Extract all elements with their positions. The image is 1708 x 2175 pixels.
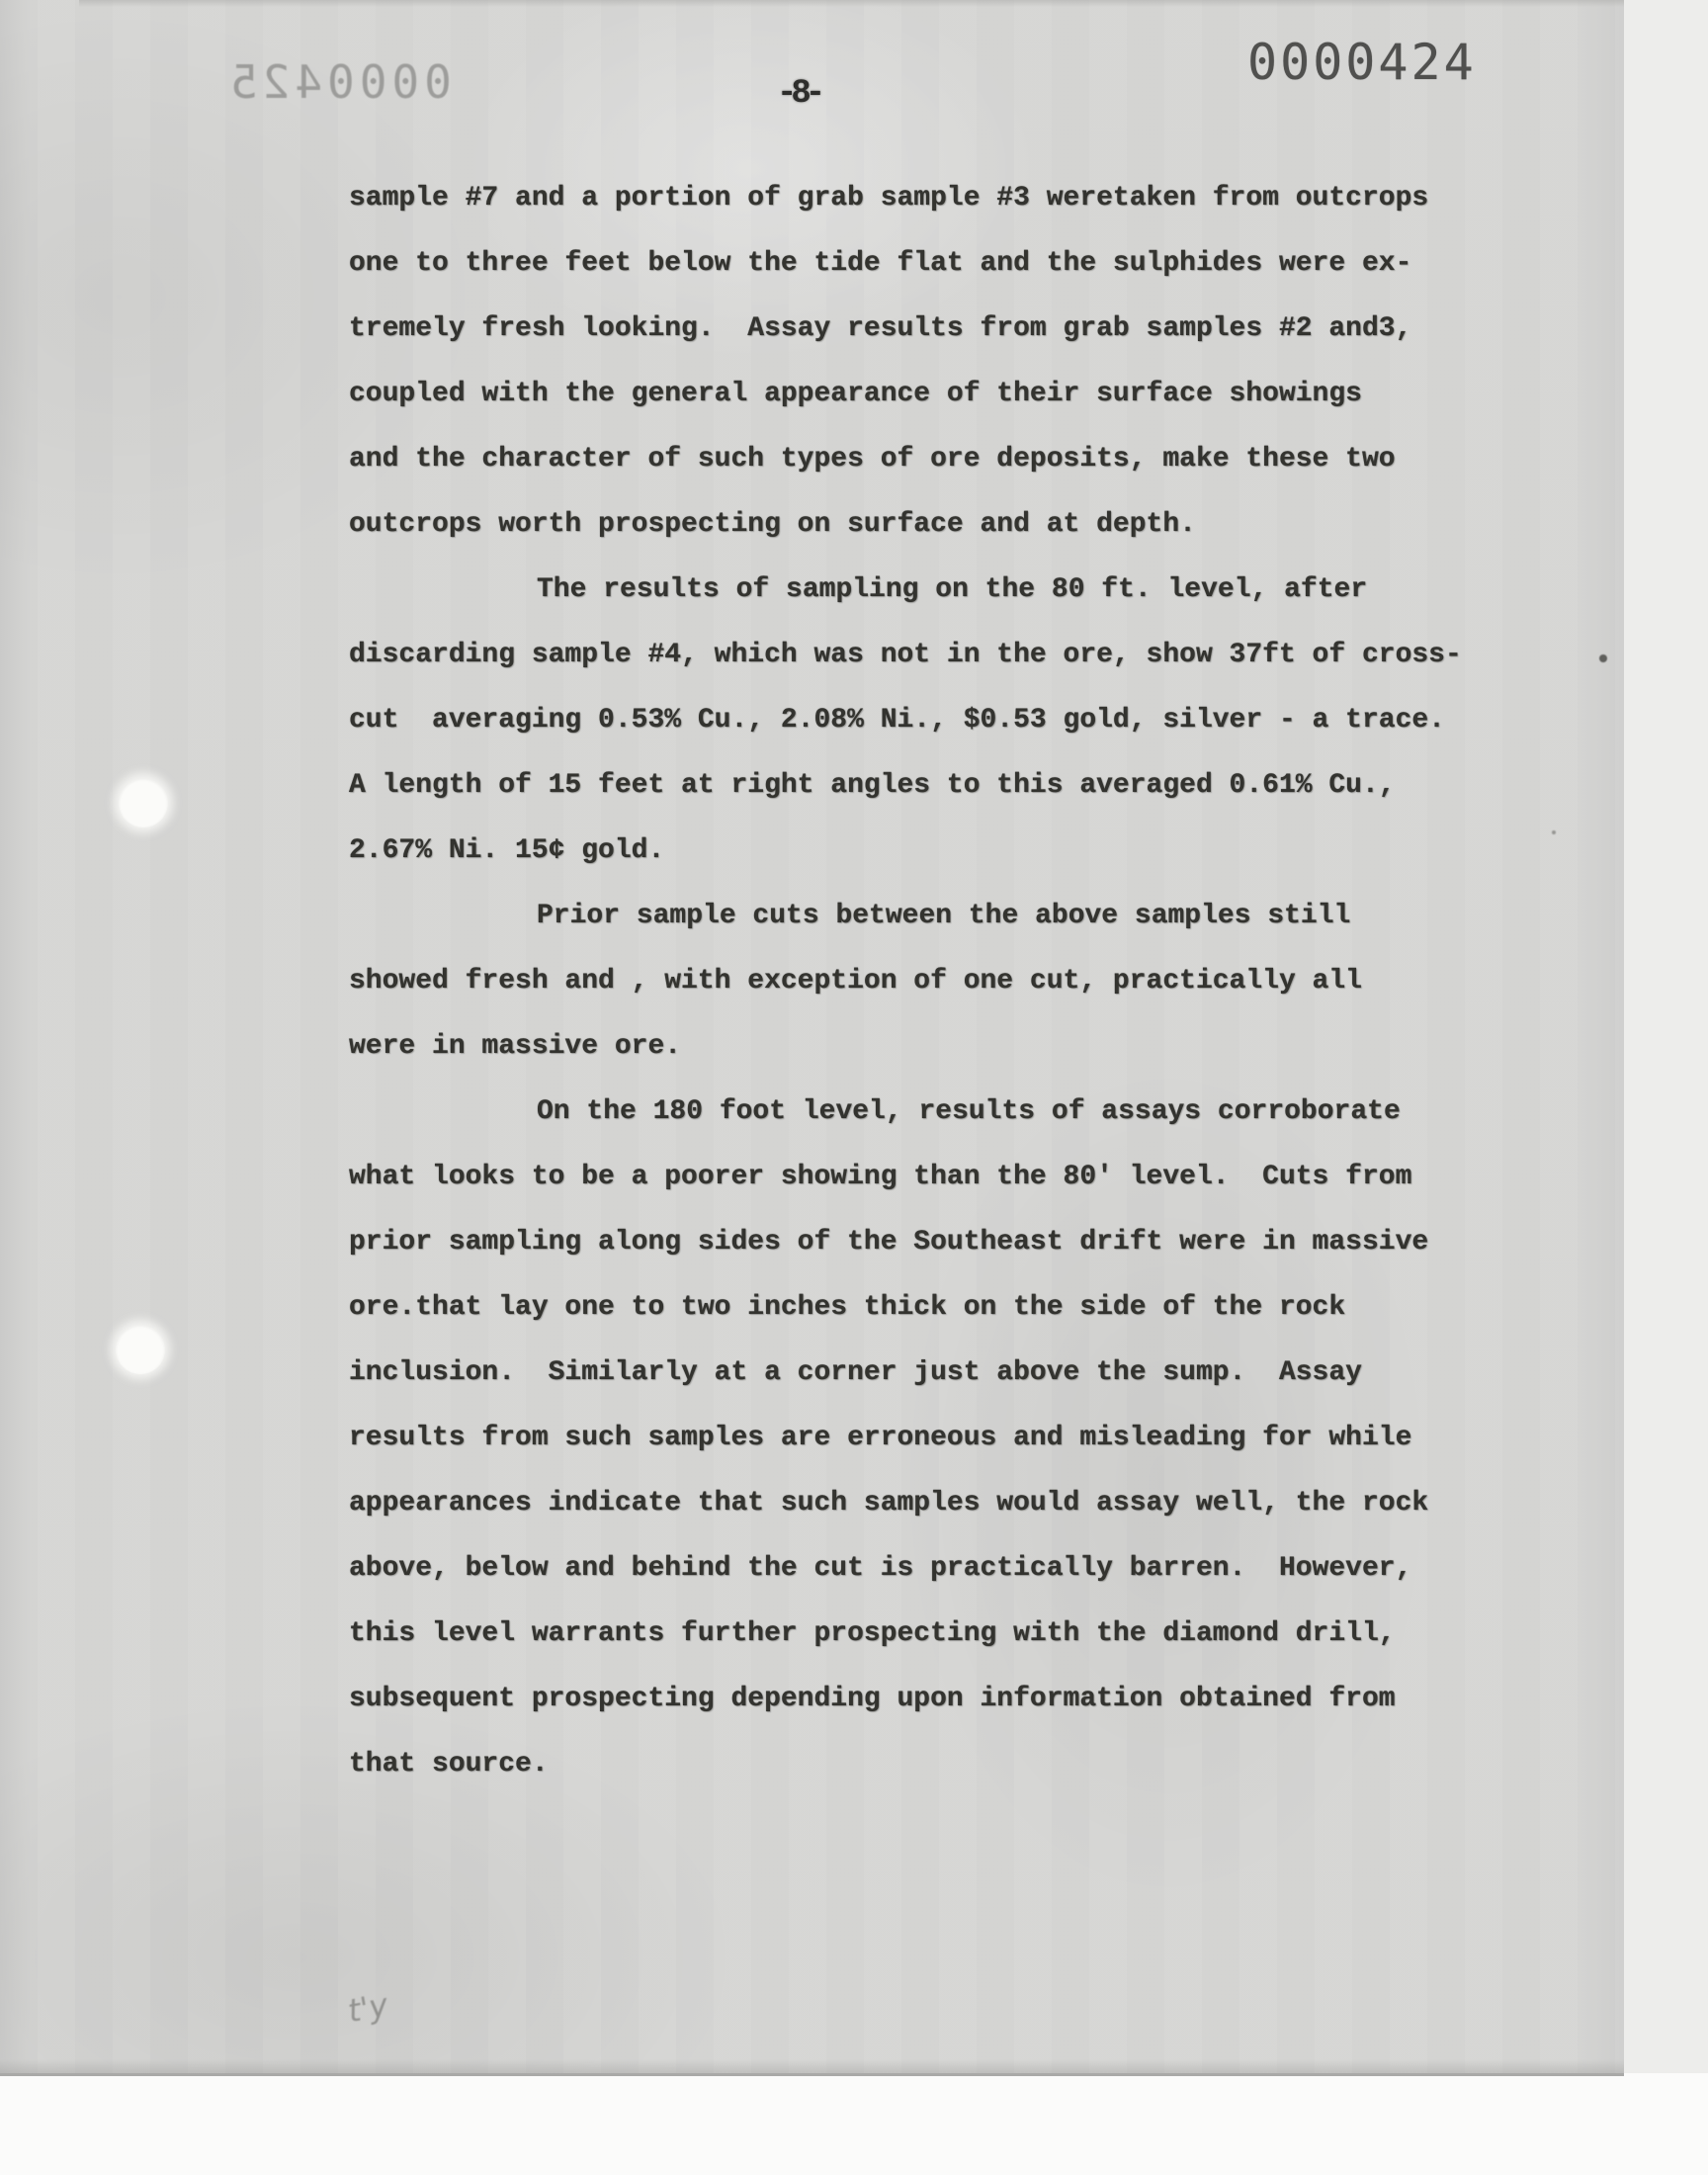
- ink-speck: [1599, 654, 1607, 662]
- typewritten-line: discarding sample #4, which was not in t…: [349, 623, 1505, 688]
- paragraph: The results of sampling on the 80 ft. le…: [349, 558, 1505, 884]
- typewritten-line: 2.67% Ni. 15¢ gold.: [349, 819, 1505, 884]
- typewritten-line: showed fresh and , with exception of one…: [349, 949, 1505, 1014]
- typewritten-line: this level warrants further prospecting …: [349, 1602, 1505, 1667]
- scanned-document: 0000425 -8- 0000424 sample #7 and a port…: [0, 0, 1708, 2175]
- typewritten-line: prior sampling along sides of the Southe…: [349, 1210, 1505, 1275]
- paragraph: Prior sample cuts between the above samp…: [349, 884, 1505, 1080]
- typewritten-line: A length of 15 feet at right angles to t…: [349, 753, 1505, 819]
- typewritten-line: The results of sampling on the 80 ft. le…: [349, 558, 1505, 623]
- typewritten-line: one to three feet below the tide flat an…: [349, 231, 1505, 297]
- paragraph: On the 180 foot level, results of assays…: [349, 1080, 1505, 1797]
- typewritten-line: coupled with the general appearance of t…: [349, 362, 1505, 427]
- typewritten-line: appearances indicate that such samples w…: [349, 1471, 1505, 1536]
- typewritten-line: above, below and behind the cut is pract…: [349, 1536, 1505, 1602]
- typewritten-line: cut averaging 0.53% Cu., 2.08% Ni., $0.5…: [349, 688, 1505, 753]
- typewritten-line: were in massive ore.: [349, 1014, 1505, 1080]
- document-page: 0000425 -8- 0000424 sample #7 and a port…: [0, 0, 1624, 2076]
- bleed-through-stamp: 0000425: [225, 55, 452, 109]
- ink-speck-small: [1552, 830, 1556, 834]
- handwritten-mark: t'y: [345, 1986, 390, 2030]
- typewritten-line: tremely fresh looking. Assay results fro…: [349, 297, 1505, 362]
- typewritten-line: what looks to be a poorer showing than t…: [349, 1145, 1505, 1210]
- document-number-stamp: 0000424: [1247, 34, 1477, 91]
- typewritten-line: inclusion. Similarly at a corner just ab…: [349, 1341, 1505, 1406]
- typewritten-line: sample #7 and a portion of grab sample #…: [349, 166, 1505, 231]
- paragraph: sample #7 and a portion of grab sample #…: [349, 166, 1505, 558]
- typewritten-line: outcrops worth prospecting on surface an…: [349, 492, 1505, 558]
- scanner-background-strip: [1624, 0, 1708, 2073]
- typewritten-line: subsequent prospecting depending upon in…: [349, 1667, 1505, 1732]
- typewritten-line: Prior sample cuts between the above samp…: [349, 884, 1505, 949]
- typewritten-line: On the 180 foot level, results of assays…: [349, 1080, 1505, 1145]
- typewritten-line: ore.that lay one to two inches thick on …: [349, 1275, 1505, 1341]
- punch-hole-top: [119, 778, 168, 827]
- typewritten-line: and the character of such types of ore d…: [349, 427, 1505, 492]
- page-number: -8-: [777, 75, 819, 113]
- punch-hole-bottom: [116, 1325, 165, 1374]
- typewritten-text: sample #7 and a portion of grab sample #…: [349, 166, 1505, 1797]
- typewritten-line: results from such samples are erroneous …: [349, 1406, 1505, 1471]
- typewritten-line: that source.: [349, 1732, 1505, 1797]
